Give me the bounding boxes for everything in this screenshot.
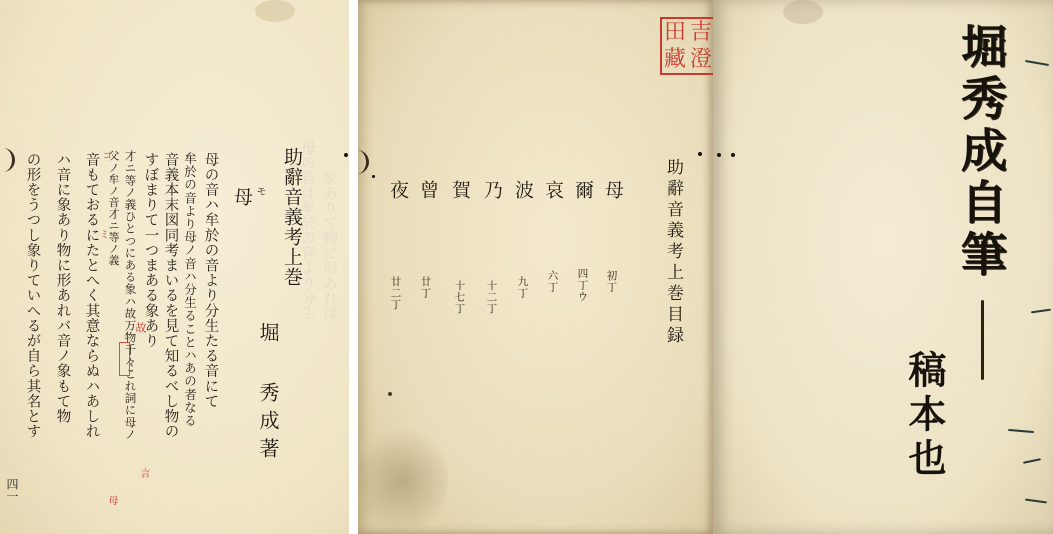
show-through-text: 象ありて物に形あれば xyxy=(322,170,337,320)
toc-entry: 哀 xyxy=(543,180,562,199)
body-column: 牟於の音より母ノ音ハ分生ることハあの者なる xyxy=(183,152,196,427)
margin-bracket xyxy=(358,150,369,174)
manuscript-page-contents: 田 吉 藏 澄 助辭音義考上巻目録 母 爾 哀 波 乃 賀 曾 夜 初丁 四丁ウ… xyxy=(358,0,713,534)
toc-page-ref: 廿二丁 xyxy=(390,276,401,311)
body-column: の形をうつし象りていへるが自ら其名とす xyxy=(25,152,40,439)
section-heading: 母 xyxy=(232,187,251,206)
binding-hole xyxy=(717,153,721,157)
manuscript-page-text: 母の音は牟於の音より分生 象ありて物に形あれば 助辭音義考上巻 堀 秀成著 母 … xyxy=(0,0,349,534)
brush-inscription-main: 堀秀成自筆 xyxy=(958,22,1004,282)
binding-hole xyxy=(698,152,702,156)
red-ownership-seal: 田 吉 藏 澄 xyxy=(660,17,713,75)
heading-ruby: モ xyxy=(254,186,264,196)
toc-page-ref: 六丁 xyxy=(547,270,558,293)
binding-hole xyxy=(344,153,348,157)
red-annotation: コ xyxy=(100,150,110,160)
toc-page-ref: 十二丁 xyxy=(486,280,497,315)
toc-entry: 夜 xyxy=(388,180,407,199)
margin-mark xyxy=(1025,60,1049,66)
toc-entry: 爾 xyxy=(573,180,592,199)
body-column: すぼまりて一つまある象あり xyxy=(143,152,158,348)
toc-entry: 乃 xyxy=(482,180,501,199)
margin-bracket xyxy=(2,148,15,172)
margin-mark xyxy=(1023,458,1041,464)
brush-tail-stroke xyxy=(981,300,984,380)
body-column: 母の音ハ牟於の音より分生たる音にて xyxy=(203,152,218,409)
toc-entry: 波 xyxy=(513,180,532,199)
toc-entry: 母 xyxy=(603,180,622,199)
seal-char: 澄 xyxy=(688,46,713,73)
seal-char: 藏 xyxy=(662,46,688,73)
toc-page-ref: 四丁ウ xyxy=(577,268,588,303)
red-annotation: ミ xyxy=(97,229,107,239)
body-column: 父ノ牟ノ音才ニ等ノ義 xyxy=(108,150,119,266)
red-annotation: 言 xyxy=(138,468,148,478)
page-number: 四一 xyxy=(6,478,18,502)
book-title: 助辭音義考上巻 xyxy=(282,147,301,287)
manuscript-page-inscription: 堀秀成自筆 稿本也 xyxy=(713,0,1053,534)
red-correction-box xyxy=(119,342,130,376)
author-line: 堀 秀成著 xyxy=(258,322,278,466)
body-column: 音もておるにたとへく其意ならぬハあしれ xyxy=(84,152,99,439)
ink-speck xyxy=(372,175,375,178)
margin-mark xyxy=(1008,429,1034,433)
margin-mark xyxy=(1025,498,1047,503)
ink-speck xyxy=(388,392,392,396)
binding-hole xyxy=(731,153,735,157)
body-column: 才ニ等ノ義ひとつにある象ハ故万物千々これ詞に母ノ xyxy=(124,150,136,440)
red-annotation: 母 xyxy=(106,495,116,505)
brush-inscription-second: 稿本也 xyxy=(905,350,943,482)
paper-stain xyxy=(358,420,448,534)
red-annotation: 故 xyxy=(135,322,146,333)
paper-stain xyxy=(255,0,295,22)
toc-entry: 曾 xyxy=(418,180,437,199)
toc-page-ref: 初丁 xyxy=(606,270,617,293)
paper-stain xyxy=(783,0,823,24)
body-column: ハ音に象あり物に形あれバ音ノ象もて物 xyxy=(55,152,70,424)
seal-char: 吉 xyxy=(688,19,713,46)
seal-char: 田 xyxy=(662,19,688,46)
toc-page-ref: 十七丁 xyxy=(454,280,465,315)
toc-page-ref: 廿丁 xyxy=(420,276,431,299)
body-column: 音義本末図同考まいるを見て知るべし物の xyxy=(163,152,178,439)
toc-page-ref: 九丁 xyxy=(517,276,528,299)
contents-title: 助辭音義考上巻目録 xyxy=(664,158,681,347)
toc-entry: 賀 xyxy=(450,180,469,199)
margin-mark xyxy=(1031,309,1051,314)
